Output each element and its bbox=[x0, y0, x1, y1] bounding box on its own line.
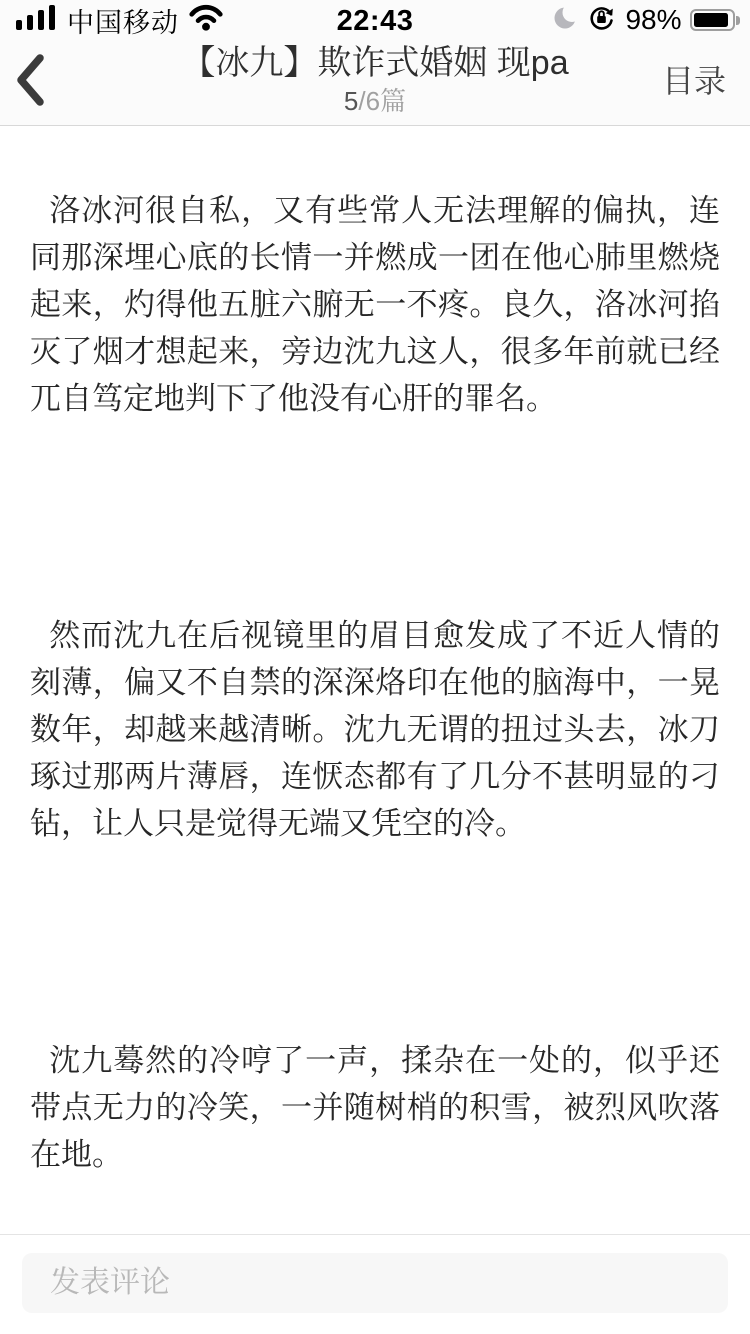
page-indicator-total: /6篇 bbox=[358, 86, 406, 116]
nav-title-block: 【冰九】欺诈式婚姻 现pa 5/6篇 bbox=[90, 40, 660, 116]
orientation-lock-icon bbox=[588, 4, 615, 36]
paragraph: 然而沈九在后视镜里的眉目愈发成了不近人情的刻薄，偏又不自禁的深深烙印在他的脑海中… bbox=[30, 612, 720, 847]
nav-bar: 【冰九】欺诈式婚姻 现pa 5/6篇 目录 bbox=[0, 40, 750, 125]
reading-content: 洛冰河很自私，又有些常人无法理解的偏执，连同那深埋心底的长情一并燃成一团在他心肺… bbox=[0, 127, 750, 1178]
top-chrome: 中国移动 22:43 bbox=[0, 0, 750, 126]
battery-percent-label: 98% bbox=[625, 4, 681, 36]
comment-bar bbox=[0, 1234, 750, 1334]
do-not-disturb-moon-icon bbox=[552, 4, 580, 37]
page-indicator: 5/6篇 bbox=[90, 86, 660, 116]
battery-icon bbox=[690, 9, 741, 31]
toc-button[interactable]: 目录 bbox=[662, 56, 726, 102]
page-indicator-current: 5 bbox=[344, 86, 358, 116]
paragraph: 沈九蓦然的冷哼了一声，揉杂在一处的，似乎还带点无力的冷笑，一并随树梢的积雪，被烈… bbox=[30, 1037, 720, 1178]
paragraph: 洛冰河很自私，又有些常人无法理解的偏执，连同那深埋心底的长情一并燃成一团在他心肺… bbox=[30, 187, 720, 422]
back-button[interactable] bbox=[14, 46, 70, 116]
page-title: 【冰九】欺诈式婚姻 现pa bbox=[90, 40, 660, 86]
chevron-left-icon bbox=[14, 53, 46, 110]
status-right-group: 98% bbox=[552, 0, 740, 40]
status-bar: 中国移动 22:43 bbox=[0, 0, 750, 40]
reader-screen: 中国移动 22:43 bbox=[0, 0, 750, 1334]
comment-input[interactable] bbox=[22, 1253, 728, 1313]
